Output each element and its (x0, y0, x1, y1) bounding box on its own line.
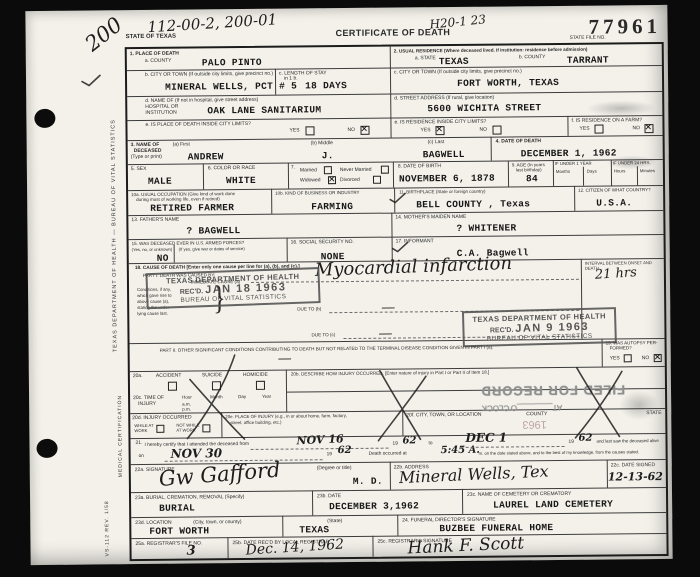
checkbox-autopsy-yes (624, 354, 632, 362)
armed-forces-sub1: (Yes, no, or unknown) (132, 247, 173, 252)
stamp-recd: REC'D. (180, 288, 204, 296)
city-or-town-label: b. CITY OR TOWN (If outside city limits,… (145, 71, 273, 78)
x-mark: ✕ (435, 126, 443, 133)
grid-line (390, 47, 392, 138)
year-19-prefix: 19 (327, 452, 332, 458)
citizen-value: U.S.A. (596, 197, 632, 208)
marital-label: 7. (291, 165, 295, 171)
grid-line (462, 489, 463, 514)
grid-line (312, 490, 313, 515)
check-mark (82, 75, 100, 85)
middle-name-label: (b) Middle (311, 140, 333, 146)
residence-county-label: b. COUNTY (519, 54, 546, 60)
grid-line (130, 408, 665, 414)
age-label2: last birthday) (516, 167, 542, 173)
side-text-department: TEXAS DEPARTMENT OF HEALTH — BUREAU OF V… (110, 52, 119, 352)
x-mark: ✕ (654, 354, 662, 361)
armed-forces-value: NO (157, 253, 169, 264)
birthplace-value: BELL COUNTY , Texas (416, 198, 530, 210)
suicide-label: SUICIDE (202, 372, 222, 378)
day-label: Day (238, 394, 246, 399)
type-or-print-label: (Type or print) (131, 154, 162, 160)
checkbox-residence-city-limits-yes: ✕ (435, 126, 444, 135)
hour-label: Hour (182, 395, 192, 400)
never-married-label: Never Married (340, 167, 372, 173)
burial-value: BURIAL (159, 502, 195, 513)
interval-value: 21 hrs (594, 265, 637, 283)
widowed-label: Widowed (300, 177, 321, 183)
grid-line (174, 245, 175, 263)
grid-line (286, 370, 287, 412)
birthplace-label: 11. BIRTHPLACE (State or foreign country… (399, 189, 485, 195)
checkbox-suicide (212, 381, 221, 390)
registrar-signature: Hank F. Scott (407, 533, 524, 558)
side-text-medical-certification: MEDICAL CERTIFICATION (117, 355, 124, 477)
checkbox-not-while-at-work (202, 424, 210, 432)
informant-label: 17. INFORMANT (396, 238, 434, 244)
residence-city-label: c. CITY OR TOWN (If outside city limits,… (394, 68, 522, 75)
county-label: a. COUNTY (145, 58, 172, 64)
margin-note-200: 200 (80, 12, 126, 56)
if-under-1-year-label: IF UNDER 1 YEAR (555, 161, 592, 167)
ssn-label: 16. SOCIAL SECURITY NO. (291, 239, 354, 246)
side-text-form-code: VS-112 REV. 1/58 (104, 468, 111, 556)
grid-line (508, 160, 509, 186)
part2-label: PART II. OTHER SIGNIFICANT CONDITIONS CO… (160, 345, 494, 354)
residence-state-label: a. STATE (415, 55, 436, 61)
if-under-24-hrs-label: IF UNDER 24 HRS. (613, 160, 651, 166)
degree-value: M. D. (353, 476, 383, 487)
residence-city-limits-yes-label: YES (420, 127, 430, 133)
first-name-label: (a) First (173, 142, 190, 148)
grid-line (574, 186, 575, 211)
checkbox-place-city-limits-yes (305, 126, 314, 135)
grid-line (567, 116, 568, 136)
grid-line (583, 167, 584, 186)
place-of-death-title: 1. PLACE OF DEATH (130, 51, 179, 57)
occupation-value: RETIRED FARMER (150, 202, 234, 214)
date-of-birth-label: 8. DATE OF BIRTH (398, 163, 441, 169)
location-state-value: TEXAS (299, 524, 329, 535)
grid-line (131, 487, 666, 493)
item-20e-label2: street, office building, etc.) (230, 420, 281, 426)
residence-county-value: TARRANT (567, 54, 609, 65)
year-19-prefix: 19 (393, 442, 398, 448)
checkbox-residence-city-limits-no (492, 126, 501, 135)
checkbox-while-at-work (156, 425, 164, 433)
punch-hole-bottom (36, 439, 57, 458)
checkbox-residence-farm-no: ✕ (644, 124, 653, 133)
middle-name-value: J. (322, 150, 334, 161)
grid-line (271, 189, 272, 214)
certify-text-2: and last saw the deceased alive (596, 438, 658, 444)
last-seen-date: NOV 30 (171, 446, 223, 460)
date-of-birth-value: NOVEMBER 6, 1878 (399, 173, 495, 185)
checkbox-homicide (256, 381, 265, 390)
mothers-name-value: ? WHITENER (456, 222, 516, 234)
race-value: WHITE (226, 175, 256, 186)
grid-line (393, 162, 394, 188)
certificate-form: 1. PLACE OF DEATH a. COUNTY PALO PINTO 2… (125, 42, 669, 561)
checkbox-accident (168, 382, 177, 391)
handwritten-file-code: 112-00-2, 200-01 (147, 10, 278, 36)
to-label: to (429, 441, 433, 447)
cemetery-value: LAUREL LAND CEMETERY (493, 498, 613, 510)
burial-label: 23a. BURIAL, CREMATION, REMOVAL (Specify… (135, 494, 244, 501)
pm-label: p.m. (182, 407, 191, 412)
x-mark: ✕ (360, 126, 368, 133)
race-label: 6. COLOR OR RACE (208, 165, 256, 171)
physician-signature: Gw Gafford (158, 457, 281, 491)
ghost-1963: 1963 (522, 418, 547, 430)
grid-line (203, 163, 204, 189)
certificate-number: 77961 (588, 14, 661, 40)
checkbox-widowed: ✕ (328, 176, 336, 184)
item-20c-label2: INJURY (138, 401, 156, 407)
grid-line (287, 238, 288, 262)
degree-or-title-label: (Degree or title) (317, 465, 352, 471)
grid-line (397, 515, 398, 536)
checkbox-residence-farm-yes (594, 125, 603, 134)
first-name-value: ANDREW (188, 151, 224, 162)
county-header-label: COUNTY (526, 411, 547, 417)
item-20f-label: 20f. CITY, TOWN, OR LOCATION (406, 412, 481, 419)
armed-forces-sub2: (If yes, give war or dates of service) (179, 246, 245, 252)
place-city-limits-label: e. IS PLACE OF DEATH INSIDE CITY LIMITS? (145, 121, 250, 128)
grid-line (390, 462, 391, 490)
attended-to-date: DEC 1 (465, 430, 507, 444)
item-21-label: 21. (135, 440, 142, 446)
item-20b-label: 20b. DESCRIBE HOW INJURY OCCURRED. [Ente… (291, 370, 489, 377)
minutes-label: Minutes (640, 168, 655, 173)
street-address-value: 5600 WICHITA STREET (427, 102, 541, 114)
grid-line (282, 516, 283, 537)
handwritten-scribble: H20-1 23 (429, 12, 487, 31)
length-of-stay-label2: in 1 b. (284, 75, 298, 81)
industry-label: 10b. KIND OF BUSINESS OR INDUSTRY (275, 190, 359, 196)
grid-line (394, 188, 395, 213)
residence-farm-label: f. IS RESIDENCE ON A FARM? (571, 117, 642, 124)
punch-hole-top (34, 109, 55, 128)
autopsy-yes-label: YES (610, 355, 620, 361)
residence-farm-no-label: NO (632, 125, 640, 131)
attended-to-year: 62 (578, 433, 592, 444)
mothers-name-label: 14. MOTHER'S MAIDEN NAME (395, 214, 466, 221)
month-label: Month (210, 394, 223, 400)
while-at-work-label2: WORK (134, 428, 147, 433)
year-label: Year (262, 394, 271, 399)
certificate-paper: 200 TEXAS DEPARTMENT OF HEALTH — BUREAU … (25, 5, 672, 565)
days-label: Days (587, 169, 597, 174)
burial-date-value: DECEMBER 3,1962 (329, 500, 419, 512)
due-c-dash: — (378, 326, 392, 342)
grid-line (288, 163, 289, 189)
cemetery-label: 23c. NAME OF CEMETERY OR CREMATORY (467, 491, 571, 498)
not-while-at-work-label2: AT WORK (176, 427, 195, 432)
date-signed-label: 22c. DATE SIGNED (611, 462, 655, 468)
fathers-name-value: ? BAGWELL (186, 225, 240, 237)
grid-line (402, 410, 403, 435)
divorced-label: Divorced (340, 177, 360, 183)
autopsy-label2: FORMED? (610, 345, 632, 351)
item-20d-label: 20d. INJURY OCCURRED (132, 415, 191, 422)
grid-line (491, 137, 492, 161)
usual-residence-title: 2. USUAL RESIDENCE (Where deceased lived… (394, 47, 588, 54)
hours-label: Hours (614, 168, 626, 173)
checkbox-divorced (373, 176, 381, 184)
residence-farm-yes-label: YES (579, 126, 589, 132)
sex-value: MALE (148, 176, 172, 187)
item-20e-label: 20e. PLACE OF INJURY (e.g., in or about … (225, 413, 347, 419)
city-or-town-value: MINERAL WELLS, PCT # 5 (165, 80, 297, 92)
burial-date-label: 23b. DATE (317, 493, 341, 499)
last-name-label: (c) Last (428, 139, 445, 145)
last-name-value: BAGWELL (423, 149, 465, 160)
received-stamp-jan18: TEXAS DEPARTMENT OF HEALTH REC'D. JAN 18… (145, 267, 320, 309)
married-label: Married (300, 167, 317, 173)
last-seen-year: 62 (338, 445, 352, 456)
date-of-death-value: DECEMBER 1, 1962 (521, 147, 617, 159)
industry-value: FARMING (311, 201, 353, 212)
state-header-label: STATE (646, 410, 661, 416)
residence-city-value: FORT WORTH, TEXAS (457, 77, 559, 89)
on-label: on (139, 454, 144, 460)
x-mark: ✕ (644, 124, 652, 131)
location-sub2: (State) (327, 518, 342, 524)
citizen-label: 12. CITIZEN OF WHAT COUNTRY? (578, 187, 651, 193)
checkbox-autopsy-no: ✕ (654, 354, 662, 362)
residence-state-value: TEXAS (439, 56, 469, 67)
due-b-dash: — (381, 300, 395, 316)
grid-line (372, 536, 373, 557)
grid-line (637, 166, 638, 185)
grid-line (131, 512, 666, 518)
checkbox-place-city-limits-no: ✕ (360, 126, 369, 135)
registrar-file-no-value: 3 (186, 543, 195, 558)
residence-city-limits-no-label: NO (479, 127, 487, 133)
date-signed-value: 12-13-62 (608, 470, 663, 484)
item-20a-label: 20a. (133, 373, 143, 379)
grid-line (128, 135, 663, 141)
location-city-value: FORT WORTH (149, 525, 209, 537)
blank-line (251, 448, 389, 450)
year-19-prefix: 19 (568, 440, 573, 446)
funeral-home-value: BUZBEE FUNERAL HOME (439, 522, 553, 534)
months-label: Months (556, 169, 570, 174)
county-value: PALO PINTO (202, 57, 262, 69)
received-stamp-jan9: TEXAS DEPARTMENT OF HEALTH REC'D. JAN 9 … (462, 307, 617, 347)
date-of-death-label: 4. DATE OF DEATH (496, 138, 541, 144)
length-of-stay-value: 18 DAYS (305, 80, 347, 91)
grid-line (227, 537, 228, 558)
blank-line (461, 446, 565, 448)
age-value: 84 (526, 173, 538, 184)
grid-line (221, 412, 222, 437)
checkbox-married (324, 166, 332, 174)
filed-for-record-ghost: FILED FOR RECORD (460, 382, 625, 399)
certify-text-4: m. on the date stated above, and to the … (479, 449, 639, 456)
checkbox-never-married (381, 166, 389, 174)
fathers-name-label: 13. FATHER'S NAME (131, 217, 179, 223)
place-city-limits-no-label: NO (347, 127, 355, 133)
death-occurred-label: Death occurred at (369, 451, 407, 457)
grid-line (391, 213, 392, 237)
stamp-recd: REC'D. (490, 327, 514, 335)
x-mark: ✕ (328, 176, 336, 183)
homicide-label: HOMICIDE (243, 372, 268, 378)
autopsy-no-label: NO (642, 355, 650, 361)
hospital-name-label3: INSTITUTION (145, 110, 176, 116)
part2-dash: — (278, 351, 292, 367)
sex-label: 5. SEX (131, 166, 147, 172)
due-to-b-label: DUE TO (b) (297, 306, 321, 312)
due-to-c-label: DUE TO (c) (311, 332, 335, 338)
place-city-limits-yes-label: YES (289, 127, 299, 133)
street-address-label: d. STREET ADDRESS (If rural, give locati… (394, 95, 494, 102)
attended-from-year: 62 (402, 435, 416, 446)
conditions-label5: lying cause last. (137, 311, 168, 316)
accident-label: ACCIDENT (156, 373, 182, 379)
hospital-name-value: OAK LANE SANITARIUM (207, 104, 321, 116)
